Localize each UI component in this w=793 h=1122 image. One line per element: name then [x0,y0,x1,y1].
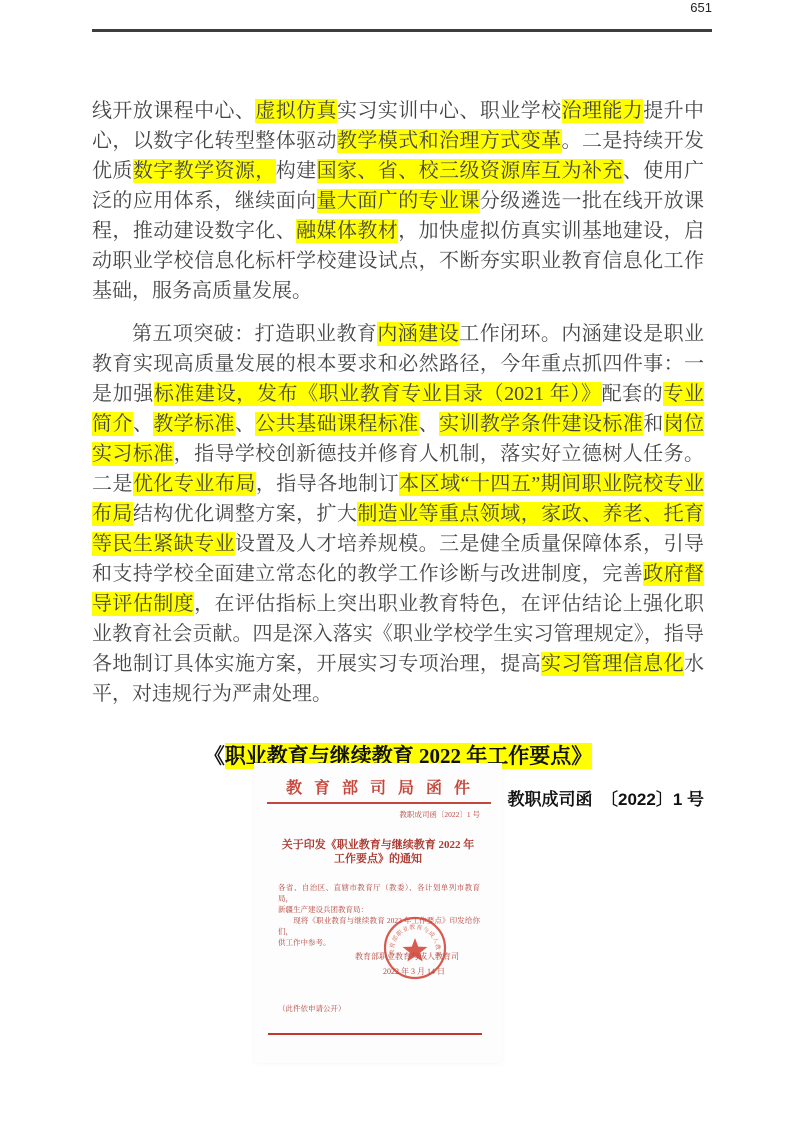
text-run: 配套的 [602,383,664,405]
highlighted-text: 教学模式和治理方式变革 [337,129,562,153]
letter-body-line: 新疆生产建设兵团教育局： [278,904,480,915]
letter-body-line: 现将《职业教育与继续教育 2022 年工作要点》印发给你们， [278,915,480,937]
highlighted-text: 公共基础课程标准 [255,412,418,436]
text-run: 第五项突破：打造职业教育 [132,323,377,345]
letter-body-line: 供工作中参考。 [278,937,480,948]
letter-title: 关于印发《职业教育与继续教育 2022 年 工作要点》的通知 [254,839,502,866]
text-run: 、 [235,413,255,435]
letter-note: （此件依申请公开） [278,1003,346,1014]
highlighted-text: 制造业等重点领域， [357,502,541,526]
highlighted-text: 国家、省、校三级资源库互为补充 [317,159,623,183]
letter-signature: 教育部职业教育与成人教育司 [355,951,459,962]
text-run: 线开放课程中心、 [92,100,255,122]
highlighted-text: 实训教学条件建设标准 [439,412,643,436]
letter-title-line1: 关于印发《职业教育与继续教育 2022 年 [254,839,502,853]
highlighted-text: 数字教学资源， [133,159,276,183]
letter-header-rule [267,802,491,804]
main-text-column: 线开放课程中心、虚拟仿真实习实训中心、职业学校治理能力提升中心，以数字化转型整体… [92,96,704,815]
highlighted-text: 量大面广的专业课 [317,189,480,213]
highlighted-text: 优化专业布局 [133,472,256,496]
paragraph: 线开放课程中心、虚拟仿真实习实训中心、职业学校治理能力提升中心，以数字化转型整体… [92,96,704,306]
body-text: 线开放课程中心、虚拟仿真实习实训中心、职业学校治理能力提升中心，以数字化转型整体… [92,96,704,709]
text-run: 和 [643,413,663,435]
paragraph: 第五项突破：打造职业教育内涵建设工作闭环。内涵建设是职业教育实现高质量发展的根本… [92,319,704,709]
highlighted-text: 融媒体教材 [296,219,398,243]
text-run: 结构优化调整方案，扩大 [133,503,358,525]
highlighted-text: 实习管理信息化 [541,652,684,676]
header-rule [92,29,712,32]
text-run: 构建 [276,160,317,182]
letter-title-line2: 工作要点》的通知 [254,853,502,867]
letter-header: 教育部司局函件 [254,775,502,798]
highlighted-text: 标准建设，发布《职业教育专业目录（2021 年）》 [154,382,602,406]
text-run: ，指导各地制订 [256,473,399,495]
highlighted-text: 内涵建设 [377,322,459,346]
letter-bottom-rule [268,1033,482,1035]
letter-body-line: 各省、自治区、直辖市教育厅（教委）、各计划单列市教育局， [278,882,480,904]
letter-ref-number: 教职成司函〔2022〕1 号 [399,809,480,820]
scanned-letter-image: 教育部司局函件 教职成司函〔2022〕1 号 关于印发《职业教育与继续教育 20… [254,763,502,1063]
section-title-prefix: 《 [204,744,225,768]
letter-body: 各省、自治区、直辖市教育厅（教委）、各计划单列市教育局，新疆生产建设兵团教育局：… [278,882,480,948]
text-run: 、 [419,413,439,435]
text-run: 实习实训中心、职业学校 [337,100,562,122]
highlighted-text: 治理能力 [562,99,644,123]
page-number: 651 [690,0,712,15]
text-run: 、 [133,413,153,435]
letter-date: 2022 年 3 月 14 日 [383,966,445,977]
highlighted-text: 教学标准 [153,412,235,436]
highlighted-text: 虚拟仿真 [255,99,337,123]
